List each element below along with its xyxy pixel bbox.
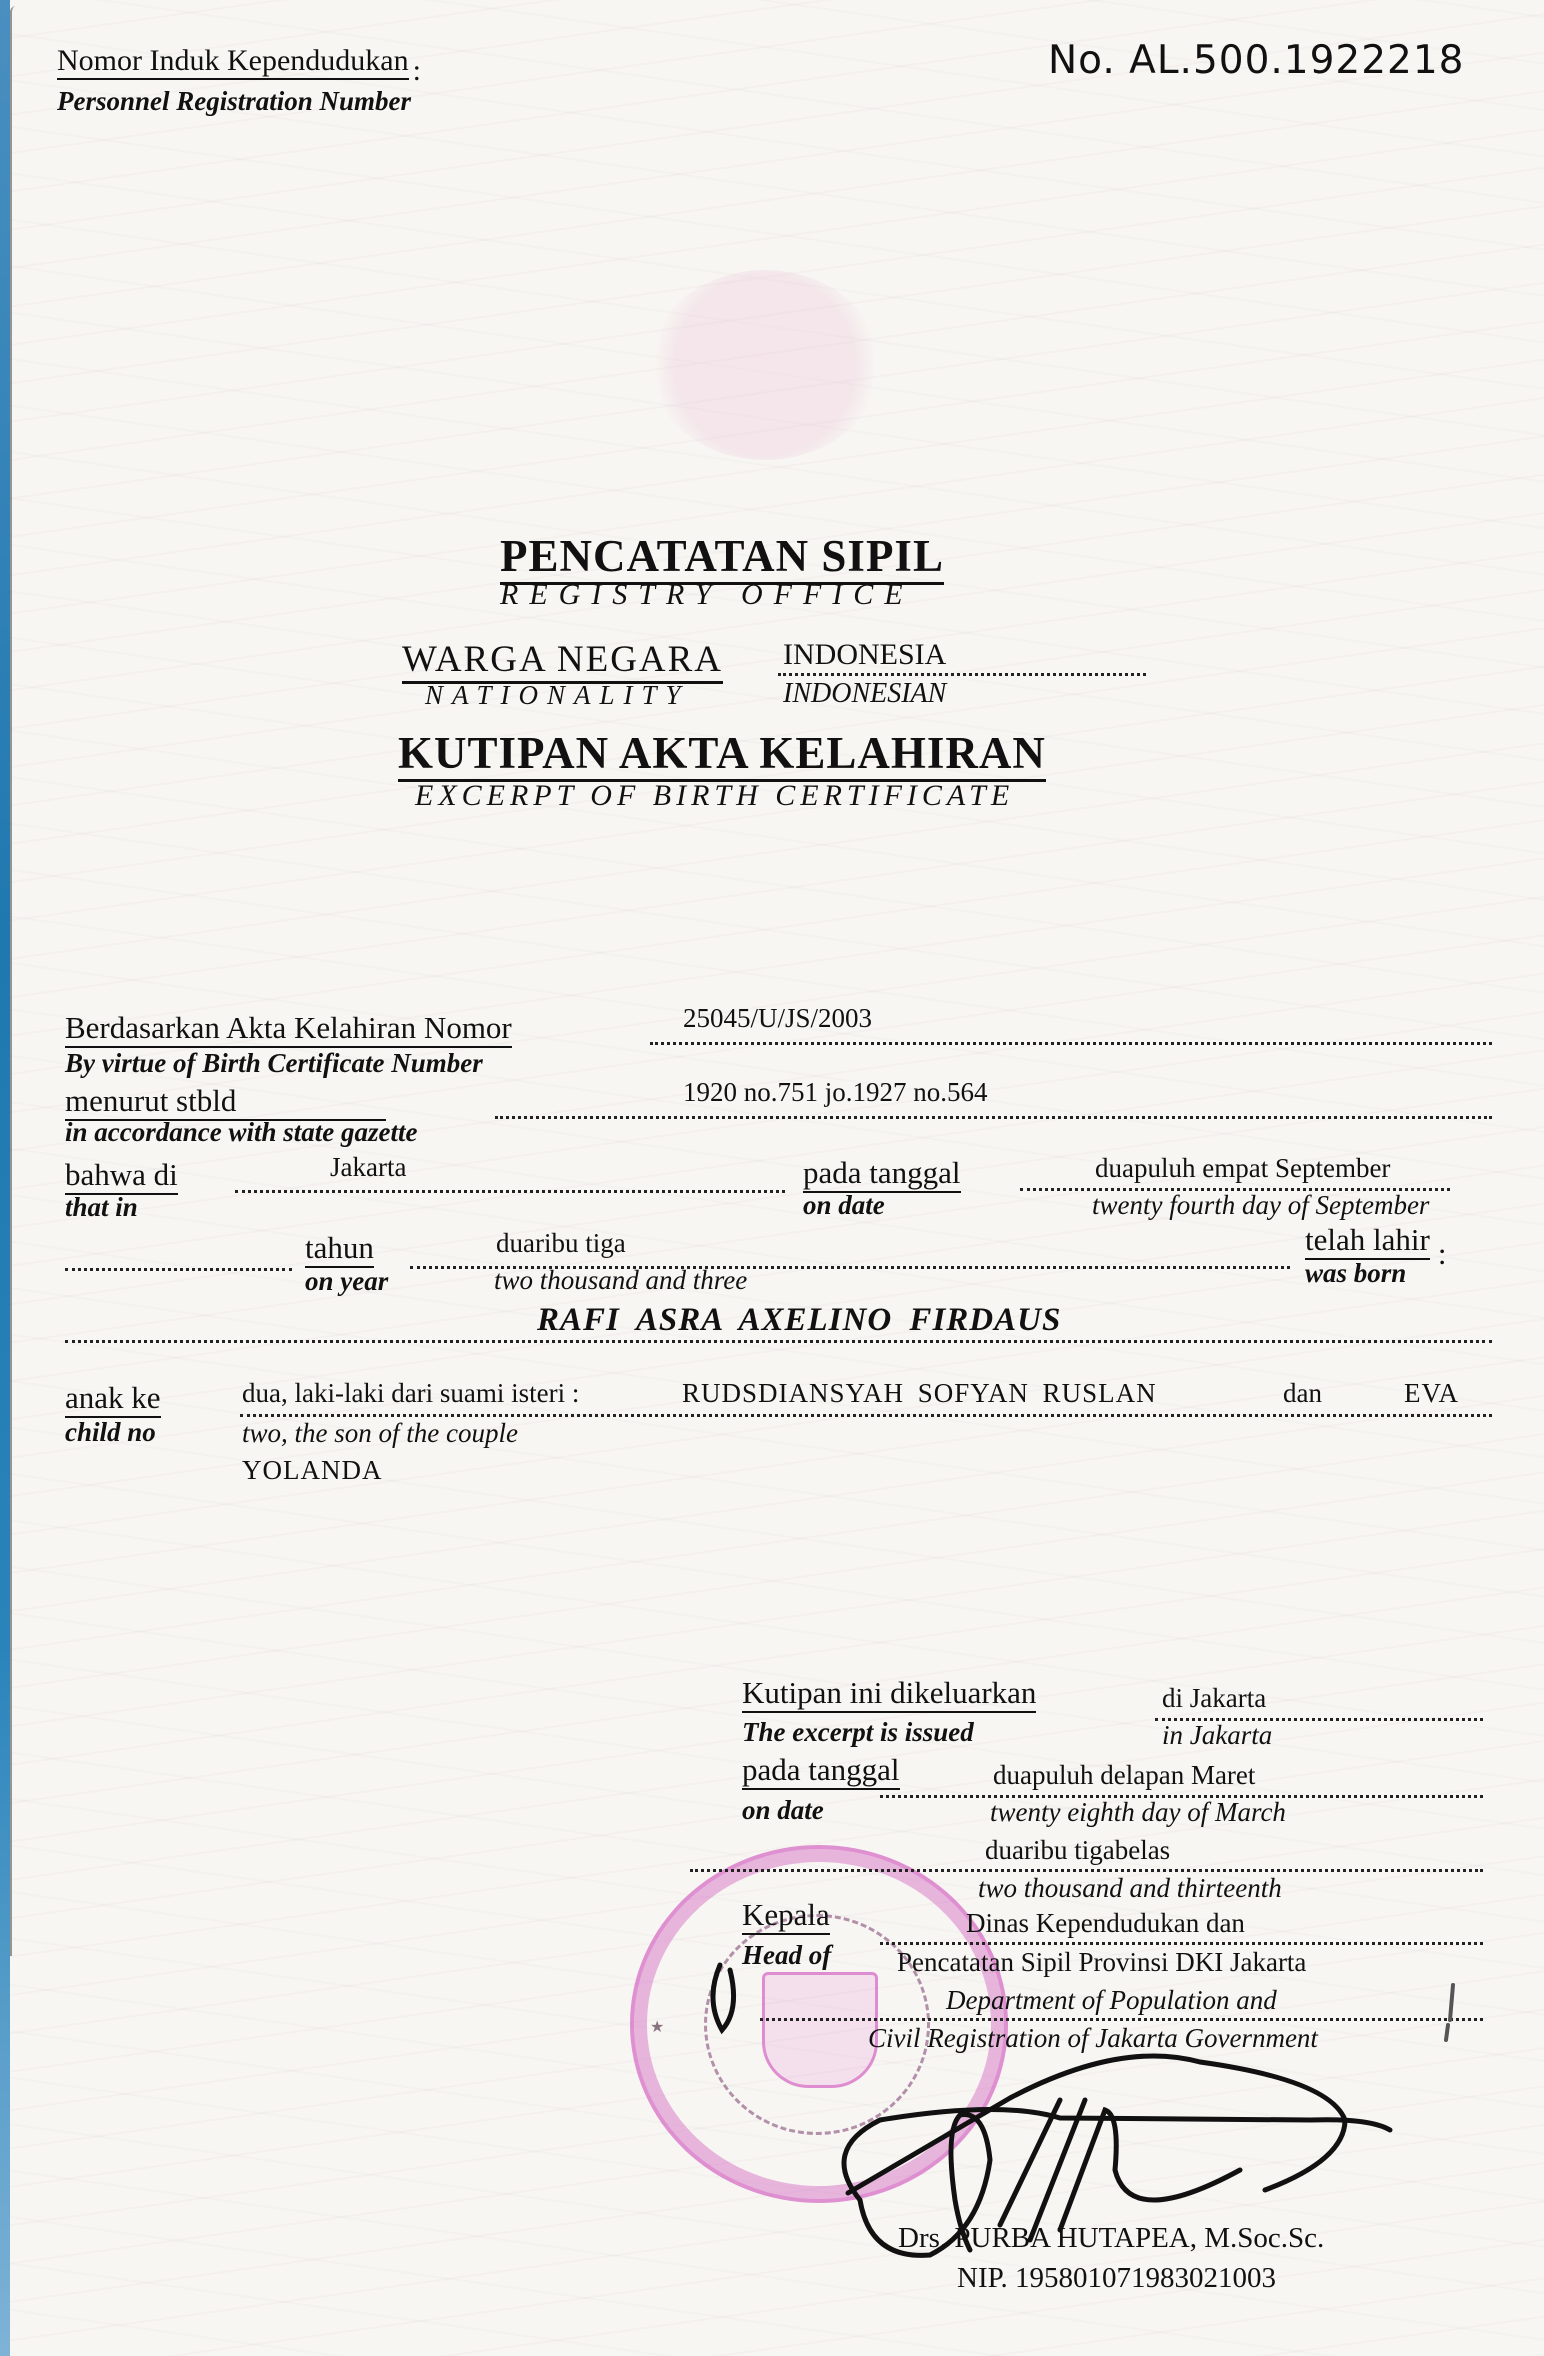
certificate-page: Nomor Induk Kependudukan: Personnel Regi… [0,0,1544,2356]
official-nip: NIP. 195801071983021003 [957,2262,1276,2295]
official-name: Drs. PURBA HUTAPEA, M.Soc.Sc. [898,2222,1324,2255]
signature-icon [0,0,1544,2356]
